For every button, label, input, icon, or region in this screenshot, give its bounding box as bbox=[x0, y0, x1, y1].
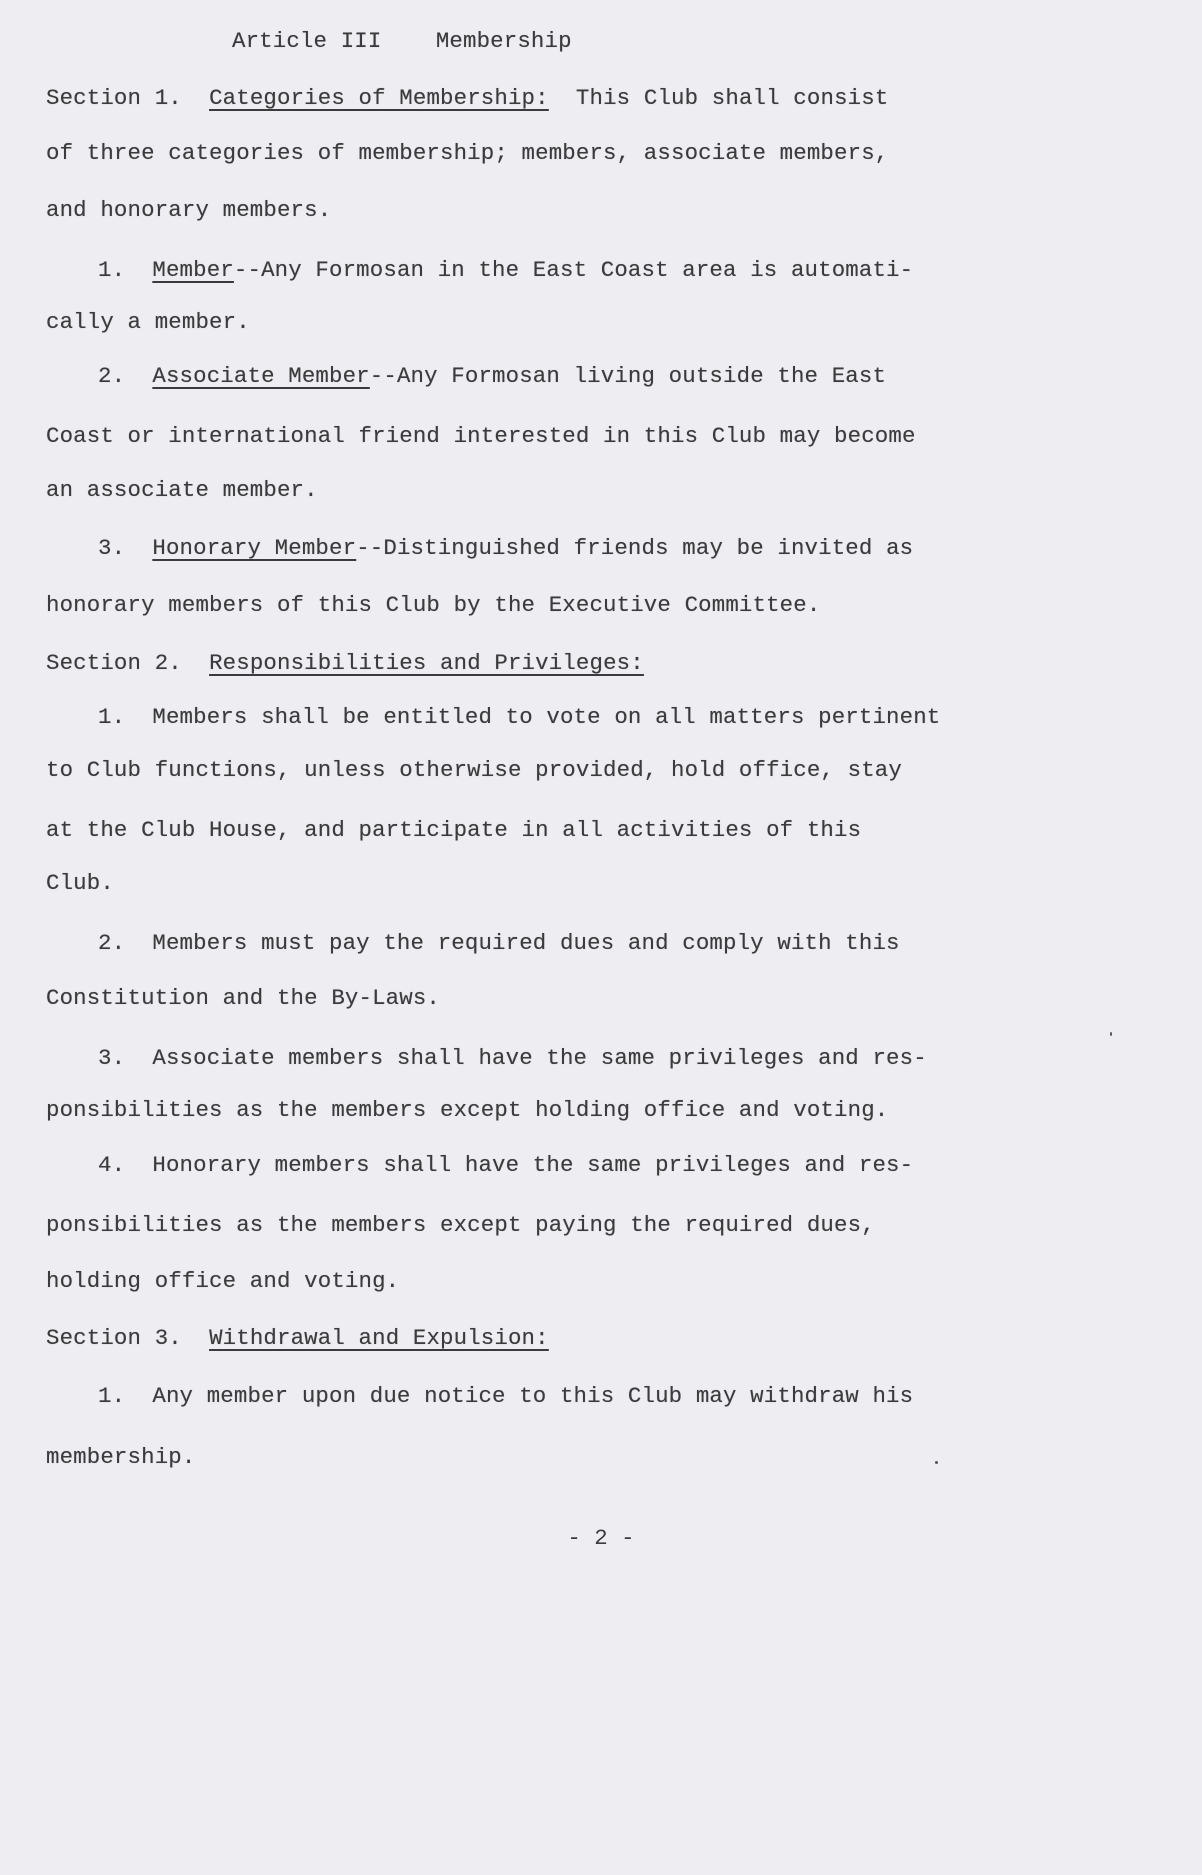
s2-item-1-cont-3: Club. bbox=[46, 868, 114, 898]
section-1-intro-line-2: of three categories of membership; membe… bbox=[46, 138, 888, 168]
term-associate-member: Associate Member bbox=[152, 363, 369, 389]
s2-item-4: 4. Honorary members shall have the same … bbox=[98, 1150, 913, 1180]
item-text: Associate members shall have the same pr… bbox=[152, 1045, 926, 1071]
item-number: 2. bbox=[98, 363, 125, 389]
section-1-heading-line: Section 1. Categories of Membership: Thi… bbox=[46, 83, 888, 113]
item-text: Members must pay the required dues and c… bbox=[152, 930, 899, 956]
s3-item-1: 1. Any member upon due notice to this Cl… bbox=[98, 1381, 913, 1411]
document-page: Article III Membership Section 1. Catego… bbox=[0, 0, 1202, 1875]
item-number: 3. bbox=[98, 535, 125, 561]
page-number: - 2 - bbox=[0, 1523, 1202, 1553]
s1-item-2: 2. Associate Member--Any Formosan living… bbox=[98, 361, 886, 391]
s1-item-2-cont-1: Coast or international friend interested… bbox=[46, 421, 916, 451]
item-number: 1. bbox=[98, 1383, 125, 1409]
section-2-heading-line: Section 2. Responsibilities and Privileg… bbox=[46, 648, 644, 678]
section-1-intro-line-1: This Club shall consist bbox=[576, 85, 889, 111]
s1-item-2-cont-2: an associate member. bbox=[46, 475, 318, 505]
paper-speck bbox=[1110, 1032, 1112, 1036]
item-number: 2. bbox=[98, 930, 125, 956]
s2-item-4-cont-1: ponsibilities as the members except payi… bbox=[46, 1210, 875, 1240]
section-1-intro-line-3: and honorary members. bbox=[46, 195, 331, 225]
article-number: Article III bbox=[232, 28, 381, 54]
item-text: Members shall be entitled to vote on all… bbox=[152, 704, 940, 730]
item-number: 4. bbox=[98, 1152, 125, 1178]
item-text: Honorary members shall have the same pri… bbox=[152, 1152, 913, 1178]
item-number: 1. bbox=[98, 704, 125, 730]
s2-item-1-cont-1: to Club functions, unless otherwise prov… bbox=[46, 755, 902, 785]
s1-item-3: 3. Honorary Member--Distinguished friend… bbox=[98, 533, 913, 563]
term-honorary-member: Honorary Member bbox=[152, 535, 356, 561]
s2-item-1-cont-2: at the Club House, and participate in al… bbox=[46, 815, 861, 845]
s1-item-1: 1. Member--Any Formosan in the East Coas… bbox=[98, 255, 913, 285]
s2-item-3: 3. Associate members shall have the same… bbox=[98, 1043, 927, 1073]
s2-item-3-cont: ponsibilities as the members except hold… bbox=[46, 1095, 888, 1125]
item-text: --Any Formosan living outside the East bbox=[370, 363, 886, 389]
section-3-heading: Withdrawal and Expulsion: bbox=[209, 1325, 549, 1351]
article-heading: Article III Membership bbox=[232, 26, 572, 56]
s2-item-2-cont: Constitution and the By-Laws. bbox=[46, 983, 440, 1013]
s2-item-1: 1. Members shall be entitled to vote on … bbox=[98, 702, 940, 732]
s1-item-1-cont: cally a member. bbox=[46, 307, 250, 337]
s1-item-3-cont: honorary members of this Club by the Exe… bbox=[46, 590, 820, 620]
item-text: Any member upon due notice to this Club … bbox=[152, 1383, 913, 1409]
section-3-heading-line: Section 3. Withdrawal and Expulsion: bbox=[46, 1323, 549, 1353]
article-title: Membership bbox=[436, 28, 572, 54]
section-1-heading: Categories of Membership: bbox=[209, 85, 549, 111]
item-number: 1. bbox=[98, 257, 125, 283]
item-number: 3. bbox=[98, 1045, 125, 1071]
paper-speck bbox=[935, 1461, 938, 1464]
section-1-label: Section 1. bbox=[46, 85, 182, 111]
s3-item-1-cont: membership. bbox=[46, 1442, 195, 1472]
item-text: --Distinguished friends may be invited a… bbox=[356, 535, 913, 561]
s2-item-4-cont-2: holding office and voting. bbox=[46, 1266, 399, 1296]
section-2-label: Section 2. bbox=[46, 650, 182, 676]
section-2-heading: Responsibilities and Privileges: bbox=[209, 650, 644, 676]
term-member: Member bbox=[152, 257, 234, 283]
s2-item-2: 2. Members must pay the required dues an… bbox=[98, 928, 900, 958]
section-3-label: Section 3. bbox=[46, 1325, 182, 1351]
item-text: --Any Formosan in the East Coast area is… bbox=[234, 257, 913, 283]
